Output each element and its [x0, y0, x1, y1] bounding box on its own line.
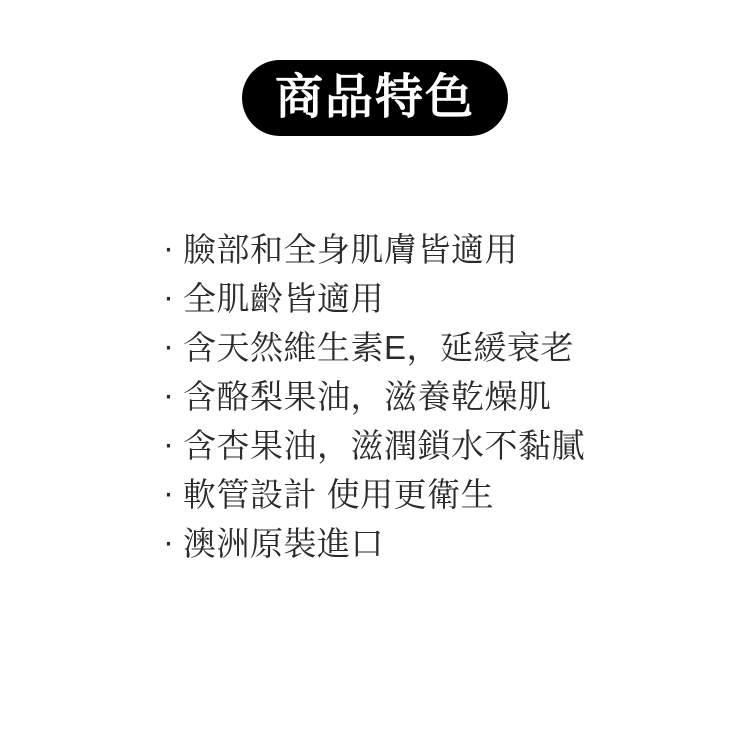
feature-item: · 全肌齡皆適用 [163, 272, 710, 321]
section-title-badge: 商品特色 [242, 60, 508, 136]
feature-text: 含杏果油，滋潤鎖水不黏膩 [183, 420, 585, 467]
feature-item: · 含杏果油，滋潤鎖水不黏膩 [163, 419, 710, 468]
feature-text: 澳洲原裝進口 [183, 518, 384, 565]
section-title: 商品特色 [275, 74, 475, 122]
bullet-dot: · [163, 525, 183, 558]
feature-text: 全肌齡皆適用 [183, 273, 384, 320]
feature-text: 含天然維生素E，延緩衰老 [183, 322, 574, 369]
feature-item: · 含酪梨果油，滋養乾燥肌 [163, 370, 710, 419]
product-feature-page: 商品特色 · 臉部和全身肌膚皆適用 · 全肌齡皆適用 · 含天然維生素E，延緩衰… [0, 0, 750, 750]
feature-text: 軟管設計 使用更衛生 [183, 469, 494, 516]
bullet-dot: · [163, 231, 183, 264]
bullet-dot: · [163, 378, 183, 411]
bullet-dot: · [163, 476, 183, 509]
bullet-dot: · [163, 280, 183, 313]
feature-item: · 軟管設計 使用更衛生 [163, 468, 710, 517]
feature-text: 臉部和全身肌膚皆適用 [183, 224, 518, 271]
feature-item: · 澳洲原裝進口 [163, 517, 710, 566]
bullet-dot: · [163, 427, 183, 460]
feature-item: · 含天然維生素E，延緩衰老 [163, 321, 710, 370]
bullet-dot: · [163, 329, 183, 362]
feature-text: 含酪梨果油，滋養乾燥肌 [183, 371, 552, 418]
feature-list: · 臉部和全身肌膚皆適用 · 全肌齡皆適用 · 含天然維生素E，延緩衰老 · 含… [163, 223, 710, 566]
feature-item: · 臉部和全身肌膚皆適用 [163, 223, 710, 272]
